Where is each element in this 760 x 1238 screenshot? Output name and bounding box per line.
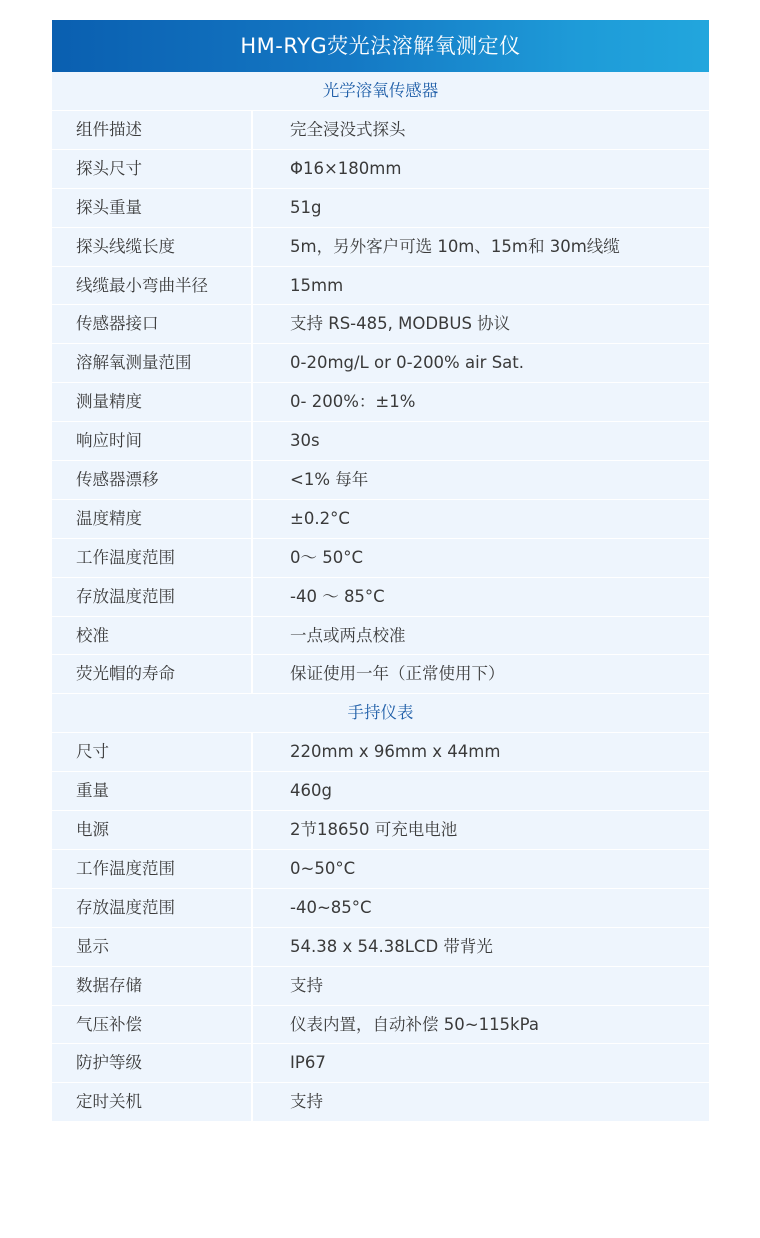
spec-row: 溶解氧测量范围0-20mg/L or 0-200% air Sat. <box>52 344 709 383</box>
spec-label: 防护等级 <box>52 1044 253 1082</box>
spec-value: 一点或两点校准 <box>253 617 709 655</box>
spec-label: 溶解氧测量范围 <box>52 344 253 382</box>
spec-value: -40~85°C <box>253 889 709 927</box>
spec-row: 传感器接口支持 RS-485, MODBUS 协议 <box>52 305 709 344</box>
spec-label: 显示 <box>52 928 253 966</box>
spec-label: 尺寸 <box>52 733 253 771</box>
spec-value: ±0.2°C <box>253 500 709 538</box>
spec-row: 定时关机支持 <box>52 1083 709 1122</box>
spec-value: 15mm <box>253 267 709 305</box>
spec-label: 存放温度范围 <box>52 889 253 927</box>
spec-row: 重量460g <box>52 772 709 811</box>
spec-row: 工作温度范围0~50°C <box>52 850 709 889</box>
spec-label: 响应时间 <box>52 422 253 460</box>
spec-label: 气压补偿 <box>52 1006 253 1044</box>
spec-label: 电源 <box>52 811 253 849</box>
spec-value: 保证使用一年（正常使用下） <box>253 655 709 693</box>
spec-value: 30s <box>253 422 709 460</box>
spec-row: 工作温度范围0～ 50°C <box>52 539 709 578</box>
section-heading: 手持仪表 <box>52 694 709 733</box>
spec-value: 支持 <box>253 1083 709 1121</box>
spec-row: 响应时间30s <box>52 422 709 461</box>
spec-label: 重量 <box>52 772 253 810</box>
spec-row: 校准一点或两点校准 <box>52 617 709 656</box>
spec-label: 探头重量 <box>52 189 253 227</box>
spec-label: 探头线缆长度 <box>52 228 253 266</box>
spec-value: 完全浸没式探头 <box>253 111 709 149</box>
spec-label: 存放温度范围 <box>52 578 253 616</box>
spec-label: 定时关机 <box>52 1083 253 1121</box>
spec-value: -40 ～ 85°C <box>253 578 709 616</box>
spec-value: 仪表内置，自动补偿 50~115kPa <box>253 1006 709 1044</box>
spec-value: 51g <box>253 189 709 227</box>
spec-row: 测量精度0- 200%：±1% <box>52 383 709 422</box>
spec-row: 显示54.38 x 54.38LCD 带背光 <box>52 928 709 967</box>
spec-row: 荧光帽的寿命保证使用一年（正常使用下） <box>52 655 709 694</box>
spec-row: 组件描述完全浸没式探头 <box>52 111 709 150</box>
spec-value: 0~50°C <box>253 850 709 888</box>
spec-value: 2节18650 可充电电池 <box>253 811 709 849</box>
spec-label: 校准 <box>52 617 253 655</box>
spec-row: 存放温度范围-40 ～ 85°C <box>52 578 709 617</box>
spec-row: 电源2节18650 可充电电池 <box>52 811 709 850</box>
spec-label: 工作温度范围 <box>52 850 253 888</box>
spec-value: 54.38 x 54.38LCD 带背光 <box>253 928 709 966</box>
spec-row: 探头线缆长度5m，另外客户可选 10m、15m和 30m线缆 <box>52 228 709 267</box>
spec-label: 荧光帽的寿命 <box>52 655 253 693</box>
spec-row: 数据存储支持 <box>52 967 709 1006</box>
spec-value: 0-20mg/L or 0-200% air Sat. <box>253 344 709 382</box>
spec-value: 460g <box>253 772 709 810</box>
spec-value: 5m，另外客户可选 10m、15m和 30m线缆 <box>253 228 709 266</box>
spec-value: 支持 <box>253 967 709 1005</box>
spec-row: 气压补偿仪表内置，自动补偿 50~115kPa <box>52 1006 709 1045</box>
spec-label: 传感器漂移 <box>52 461 253 499</box>
spec-sheet: HM-RYG荧光法溶解氧测定仪 光学溶氧传感器 组件描述完全浸没式探头探头尺寸Φ… <box>52 20 709 1122</box>
spec-value: 220mm x 96mm x 44mm <box>253 733 709 771</box>
spec-label: 温度精度 <box>52 500 253 538</box>
page-title: HM-RYG荧光法溶解氧测定仪 <box>52 20 709 72</box>
spec-value: <1% 每年 <box>253 461 709 499</box>
spec-value: 支持 RS-485, MODBUS 协议 <box>253 305 709 343</box>
spec-value: 0～ 50°C <box>253 539 709 577</box>
spec-row: 传感器漂移<1% 每年 <box>52 461 709 500</box>
spec-label: 探头尺寸 <box>52 150 253 188</box>
spec-row: 线缆最小弯曲半径15mm <box>52 267 709 306</box>
spec-label: 工作温度范围 <box>52 539 253 577</box>
spec-value: Φ16×180mm <box>253 150 709 188</box>
spec-row: 探头尺寸Φ16×180mm <box>52 150 709 189</box>
section-handheld-meter: 手持仪表 尺寸220mm x 96mm x 44mm重量460g电源2节1865… <box>52 694 709 1122</box>
spec-label: 组件描述 <box>52 111 253 149</box>
spec-row: 温度精度±0.2°C <box>52 500 709 539</box>
spec-label: 测量精度 <box>52 383 253 421</box>
section-optical-sensor: 光学溶氧传感器 组件描述完全浸没式探头探头尺寸Φ16×180mm探头重量51g探… <box>52 72 709 694</box>
spec-row: 防护等级IP67 <box>52 1044 709 1083</box>
spec-row: 存放温度范围-40~85°C <box>52 889 709 928</box>
spec-value: 0- 200%：±1% <box>253 383 709 421</box>
spec-row: 探头重量51g <box>52 189 709 228</box>
spec-value: IP67 <box>253 1044 709 1082</box>
spec-label: 传感器接口 <box>52 305 253 343</box>
section-heading: 光学溶氧传感器 <box>52 72 709 111</box>
spec-label: 数据存储 <box>52 967 253 1005</box>
spec-label: 线缆最小弯曲半径 <box>52 267 253 305</box>
spec-row: 尺寸220mm x 96mm x 44mm <box>52 733 709 772</box>
